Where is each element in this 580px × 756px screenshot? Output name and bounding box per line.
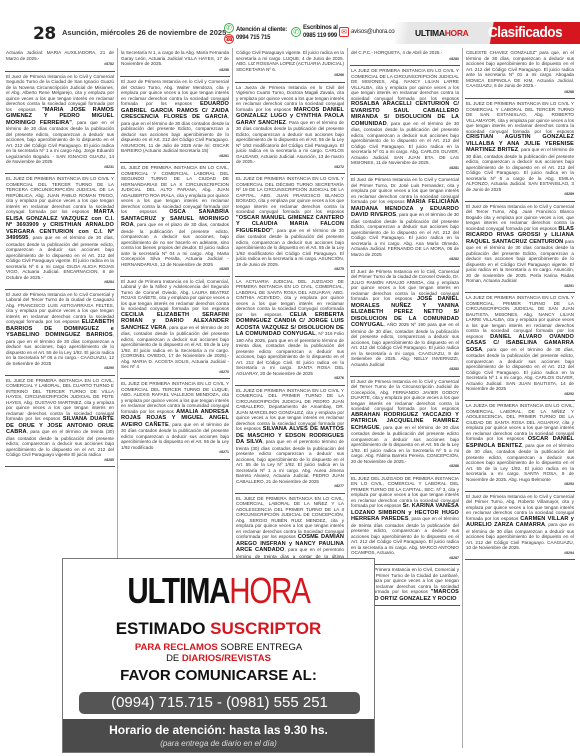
- notice-text: del C.P.C.- HORQUETA, 4 de Abril de 2025…: [351, 50, 442, 55]
- legal-notice: El Juez de Primera Instancia en lo Civil…: [465, 492, 575, 561]
- notice-code: #8271: [121, 450, 229, 456]
- notice-text-tail: , para que en el término de 30 días, con…: [466, 147, 574, 192]
- ad-headline: ESTIMADO SUSCRIPTOR: [63, 619, 374, 639]
- notice-code: #8258: [121, 68, 229, 74]
- ad-phone-numbers[interactable]: (0994) 715.715 - (0981) 555 251: [79, 692, 360, 714]
- legal-notice: El Juez de Primera Instancia en lo Civil…: [5, 72, 115, 175]
- notice-text-tail: , para que en el término de 30 días, con…: [351, 121, 459, 166]
- notice-text-tail: para que en el término de 30 días contad…: [466, 239, 574, 284]
- legal-notice: El Juez de Primera Instancia en lo Civil…: [350, 377, 460, 474]
- column-divider: [462, 48, 463, 748]
- notice-text: EL JUEZ DE PRIMERA INSTANCIA EN LO CIVIL…: [6, 378, 114, 422]
- write-label: Escríbinos al: [303, 24, 338, 32]
- customer-service-label: Atención al cliente:: [236, 26, 287, 34]
- notice-code: #8272: [236, 165, 344, 171]
- notice-text: El Juez de Primera Instancia en lo Civil…: [351, 379, 459, 412]
- legal-notice: Actuaria Judicial: MARIA AUXILIADORA, 21…: [5, 48, 115, 72]
- notice-text-tail: , para que en el término de 30 días cont…: [236, 228, 344, 267]
- notice-text: Código Civil Paraguayo vigente. El juici…: [236, 50, 344, 72]
- customer-service-phone[interactable]: 0994 715 715: [236, 34, 287, 42]
- legal-notice: LA JUEZ DE PRIMERA INSTANCIA EN LO CIVIL…: [465, 293, 575, 401]
- publication-date: Asunción, miércoles 26 de noviembre de 2…: [62, 28, 226, 37]
- notice-text-tail: , para que en el término de 30 días cont…: [351, 212, 459, 257]
- notice-code: #8289: [466, 192, 574, 198]
- notice-code: #8292: [466, 392, 574, 398]
- page-number: 28: [33, 24, 56, 44]
- notice-text-tail: , para que en el plazo de 30 días, conta…: [121, 222, 229, 267]
- notice-text: EL JUEZ DE PRIMERA INSTANCIA EN LO CIVIL…: [236, 388, 344, 432]
- notice-text-tail: , para que en el término de 30 días cont…: [351, 425, 459, 464]
- notice-code: #8291: [466, 284, 574, 290]
- notice-text: EL JUEZ DE PRIMERA INSTANCIA EN LO CIVIL…: [466, 101, 574, 134]
- write-us: ✆ Escríbinos al 0985 119 999: [291, 24, 338, 40]
- column-2: la Secretaría N 1, a cargo de la Abg. Ma…: [120, 48, 230, 556]
- legal-notice: El Juez de Primera Instancia en lo Civil…: [5, 290, 115, 376]
- legal-notice: LA JUEZA DE PRIMERA INSTANCIA EN LO CIVI…: [465, 401, 575, 492]
- legal-notice: EL JUEZ DEL JUZGADO DE PRIMERA INSTANCIA…: [350, 474, 460, 566]
- ad-hours-note: (para entrega de diario en el día): [63, 739, 374, 749]
- notice-code: #8275: [236, 267, 344, 273]
- notice-code: #8281: [351, 166, 459, 172]
- notice-text-tail: , para que en el perentorio término de t…: [236, 439, 344, 484]
- notice-code: #8286: [351, 464, 459, 470]
- notice-text: EL JUEZ DE PRIMERA INSTANCIA EN LO CIVIL…: [236, 496, 344, 540]
- legal-notice: EL JUEZ DE PRIMERA INSTANCIA EN LO CIVIL…: [5, 376, 115, 468]
- notice-code: #8265: [121, 267, 229, 273]
- legal-notice: EL JUEZ DE PRIMERA INSTANCIA EN LO CIVIL…: [120, 379, 230, 460]
- notice-text: la Secretaría N 1, a cargo de la Abg. Ma…: [121, 50, 229, 66]
- legal-notice: El Juez de Primera Instancia en lo Civil…: [120, 77, 230, 163]
- notice-code: #8293: [466, 482, 574, 488]
- notice-code: #8231: [6, 165, 114, 171]
- ad-subheadline: PARA RECLAMOS SOBRE ENTREGA DE DIARIOS/R…: [63, 642, 374, 664]
- phone-icon: ☎: [224, 34, 234, 44]
- customer-service: ✆ ☎ Atención al cliente: 0994 715 715: [224, 23, 287, 44]
- legal-notice: EL JUEZ DE PRIMERA INSTANCIA EN LO CIVIL…: [465, 99, 575, 202]
- notice-text-tail: , para que en el término de 30 días, con…: [121, 325, 229, 370]
- legal-notice: Código Civil Paraguayo vigente. El juici…: [235, 48, 345, 83]
- legal-notice: La Jueza de Primera Instancia en lo Civi…: [235, 83, 345, 175]
- ad-brand-logo: ULTIMAHORA: [91, 571, 346, 611]
- legal-notice: LA ACTUARIA JUDICIAL DEL JUZGADO DE PRIM…: [235, 277, 345, 386]
- legal-notice: El Juez de Primera Instancia en lo Civil…: [120, 277, 230, 380]
- ad-call-to-action: FAVOR COMUNICARSE AL:: [63, 667, 374, 684]
- whatsapp-icon: ✆: [224, 23, 234, 33]
- notice-code: #8276: [236, 376, 344, 382]
- notice-code: #8270: [121, 370, 229, 376]
- notice-text-tail: , para que en el término de treinta días…: [351, 516, 459, 555]
- notice-text-tail: , AÑO 2025 Nº 190 para que en el término…: [351, 322, 459, 367]
- legal-notice: El Juez de Primera Instancia en lo Civil…: [350, 267, 460, 377]
- notice-text: EL JUEZ DE PRIMERA INSTANCIA EN LO CIVIL…: [236, 176, 344, 214]
- notice-code: #8288: [466, 90, 574, 96]
- notice-code: #8266: [236, 73, 344, 79]
- page-header: 28 Asunción, miércoles 26 de noviembre d…: [0, 22, 580, 44]
- notice-code: #8294: [466, 551, 574, 557]
- column-1: Actuaria Judicial: MARIA AUXILIADORA, 21…: [5, 48, 115, 556]
- notice-text: Actuaria Judicial: MARIA AUXILIADORA, 21…: [6, 50, 114, 61]
- notice-text-tail: , Nº 316 Folio 180 Año 2025, para que en…: [236, 331, 344, 376]
- notice-code: #8277: [236, 484, 344, 490]
- notice-code: #8282: [351, 257, 459, 263]
- notice-text: LA JUEZ DE PRIMERA INSTANCIA EN LO CIVIL…: [466, 295, 574, 339]
- ad-hours-footer: Horario de atención: hasta las 9.30 hs. …: [63, 719, 374, 752]
- notice-text-tail: , para que en el término de 30 días cont…: [6, 120, 114, 165]
- notice-code: #8782: [6, 62, 114, 68]
- notice-text-tail: , para que en el término de 30 días cont…: [121, 114, 229, 153]
- notice-text-tail: , para que en el término de 30 días, con…: [466, 347, 574, 392]
- legal-notice: LA JUEZ DE PRIMERA INSTANCIA EN LO CIVIL…: [350, 66, 460, 175]
- notice-code: #8261: [121, 154, 229, 160]
- column-5: CELESTE CHAVEZ GONZALEZ" para que, en el…: [465, 48, 575, 748]
- legal-notice: del C.P.C.- HORQUETA, 4 de Abril de 2025…: [350, 48, 460, 66]
- notice-code: #8283: [351, 367, 459, 373]
- notice-code: #8285: [6, 458, 114, 464]
- legal-notice: EL JUEZ DE PRIMERA INSTANCIA EN LO CIVIL…: [5, 174, 115, 290]
- legal-notice: EL JUEZ DE PRIMERA INSTANCIA EN LO CIVIL…: [235, 386, 345, 494]
- notice-text: LA JUEZ DE PRIMERA INSTANCIA EN LO CIVIL…: [351, 68, 459, 101]
- legal-notice: EL JUEZ DE PRIMERA INSTANCIA EN LO CIVIL…: [235, 174, 345, 277]
- legal-notice: la Secretaría N 1, a cargo de la Abg. Ma…: [120, 48, 230, 77]
- notice-text: CELESTE CHAVEZ GONZALEZ" para que, en el…: [466, 50, 574, 88]
- brand-logo: ULTIMAHORA: [415, 28, 469, 38]
- legal-notice: CELESTE CHAVEZ GONZALEZ" para que, en el…: [465, 48, 575, 99]
- mail-icon: ✉: [339, 27, 349, 37]
- notice-code: #8290: [6, 366, 114, 372]
- notice-code: #8284: [6, 280, 114, 286]
- notice-text-tail: , para que en el término de 30 días, con…: [466, 443, 574, 482]
- notice-text-tail: . Para que en el término de 30 días cont…: [236, 120, 344, 165]
- whatsapp-icon: ✆: [291, 27, 301, 37]
- ad-hours: Horario de atención: hasta las 9.30 hs.: [63, 719, 374, 739]
- notice-code: #8280: [351, 57, 459, 63]
- notice-text: EL JUEZ DE PRIMERA INSTANCIA EN LO CIVIL…: [121, 165, 229, 214]
- legal-notice: EL JUEZ DE PRIMERA INSTANCIA EN LO CIVIL…: [120, 163, 230, 277]
- notice-text-tail: , para que en el término de 30 días, con…: [6, 235, 114, 280]
- section-title: Clasificados: [488, 24, 562, 41]
- legal-notice: El Juez de Primera Instancia en lo Civil…: [465, 202, 575, 294]
- notice-text: El Juez de Primera Instancia en lo Civil…: [121, 279, 229, 312]
- legal-notice: El Juez de Primera Instancia en lo Civil…: [350, 175, 460, 267]
- subscriber-advertisement: ULTIMAHORA ESTIMADO SUSCRIPTOR PARA RECL…: [62, 558, 375, 753]
- write-phone[interactable]: 0985 119 999: [303, 32, 338, 40]
